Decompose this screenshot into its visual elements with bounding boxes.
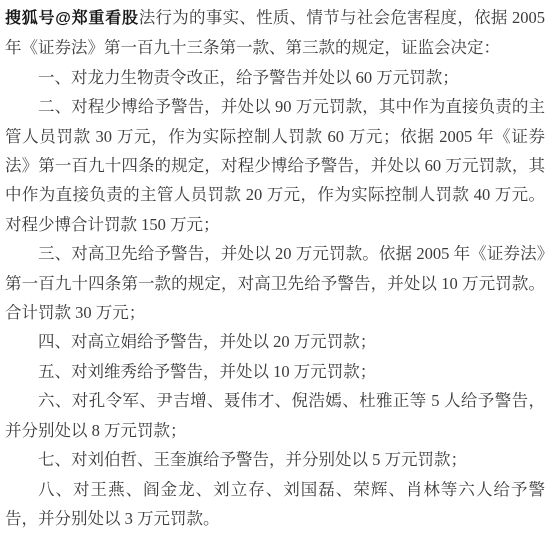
- penalty-item-7: 七、对刘伯哲、王奎旗给予警告，并分别处以 5 万元罚款；: [5, 445, 545, 474]
- sohu-account-watermark: 搜狐号@郑重看股: [5, 10, 139, 27]
- document-page: 搜狐号@郑重看股法行为的事实、性质、情节与社会危害程度，依据 2005 年《证券…: [0, 0, 550, 539]
- penalty-item-4: 四、对高立娟给予警告，并处以 20 万元罚款；: [5, 327, 545, 356]
- penalty-item-8: 八、对王燕、阎金龙、刘立存、刘国磊、荣辉、肖林等六人给予警告，并分别处以 3 万…: [5, 475, 545, 534]
- penalty-item-2: 二、对程少博给予警告，并处以 90 万元罚款，其中作为直接负责的主管人员罚款 3…: [5, 92, 545, 239]
- penalty-item-6: 六、对孔令军、尹吉增、聂伟才、倪浩嫣、杜雅正等 5 人给予警告，并分别处以 8 …: [5, 386, 545, 445]
- penalty-item-3: 三、对高卫先给予警告，并处以 20 万元罚款。依据 2005 年《证券法》第一百…: [5, 239, 545, 327]
- intro-paragraph: 搜狐号@郑重看股法行为的事实、性质、情节与社会危害程度，依据 2005 年《证券…: [5, 3, 545, 63]
- penalty-item-1: 一、对龙力生物责令改正，给予警告并处以 60 万元罚款；: [5, 63, 545, 92]
- penalty-item-5: 五、对刘维秀给予警告，并处以 10 万元罚款；: [5, 357, 545, 386]
